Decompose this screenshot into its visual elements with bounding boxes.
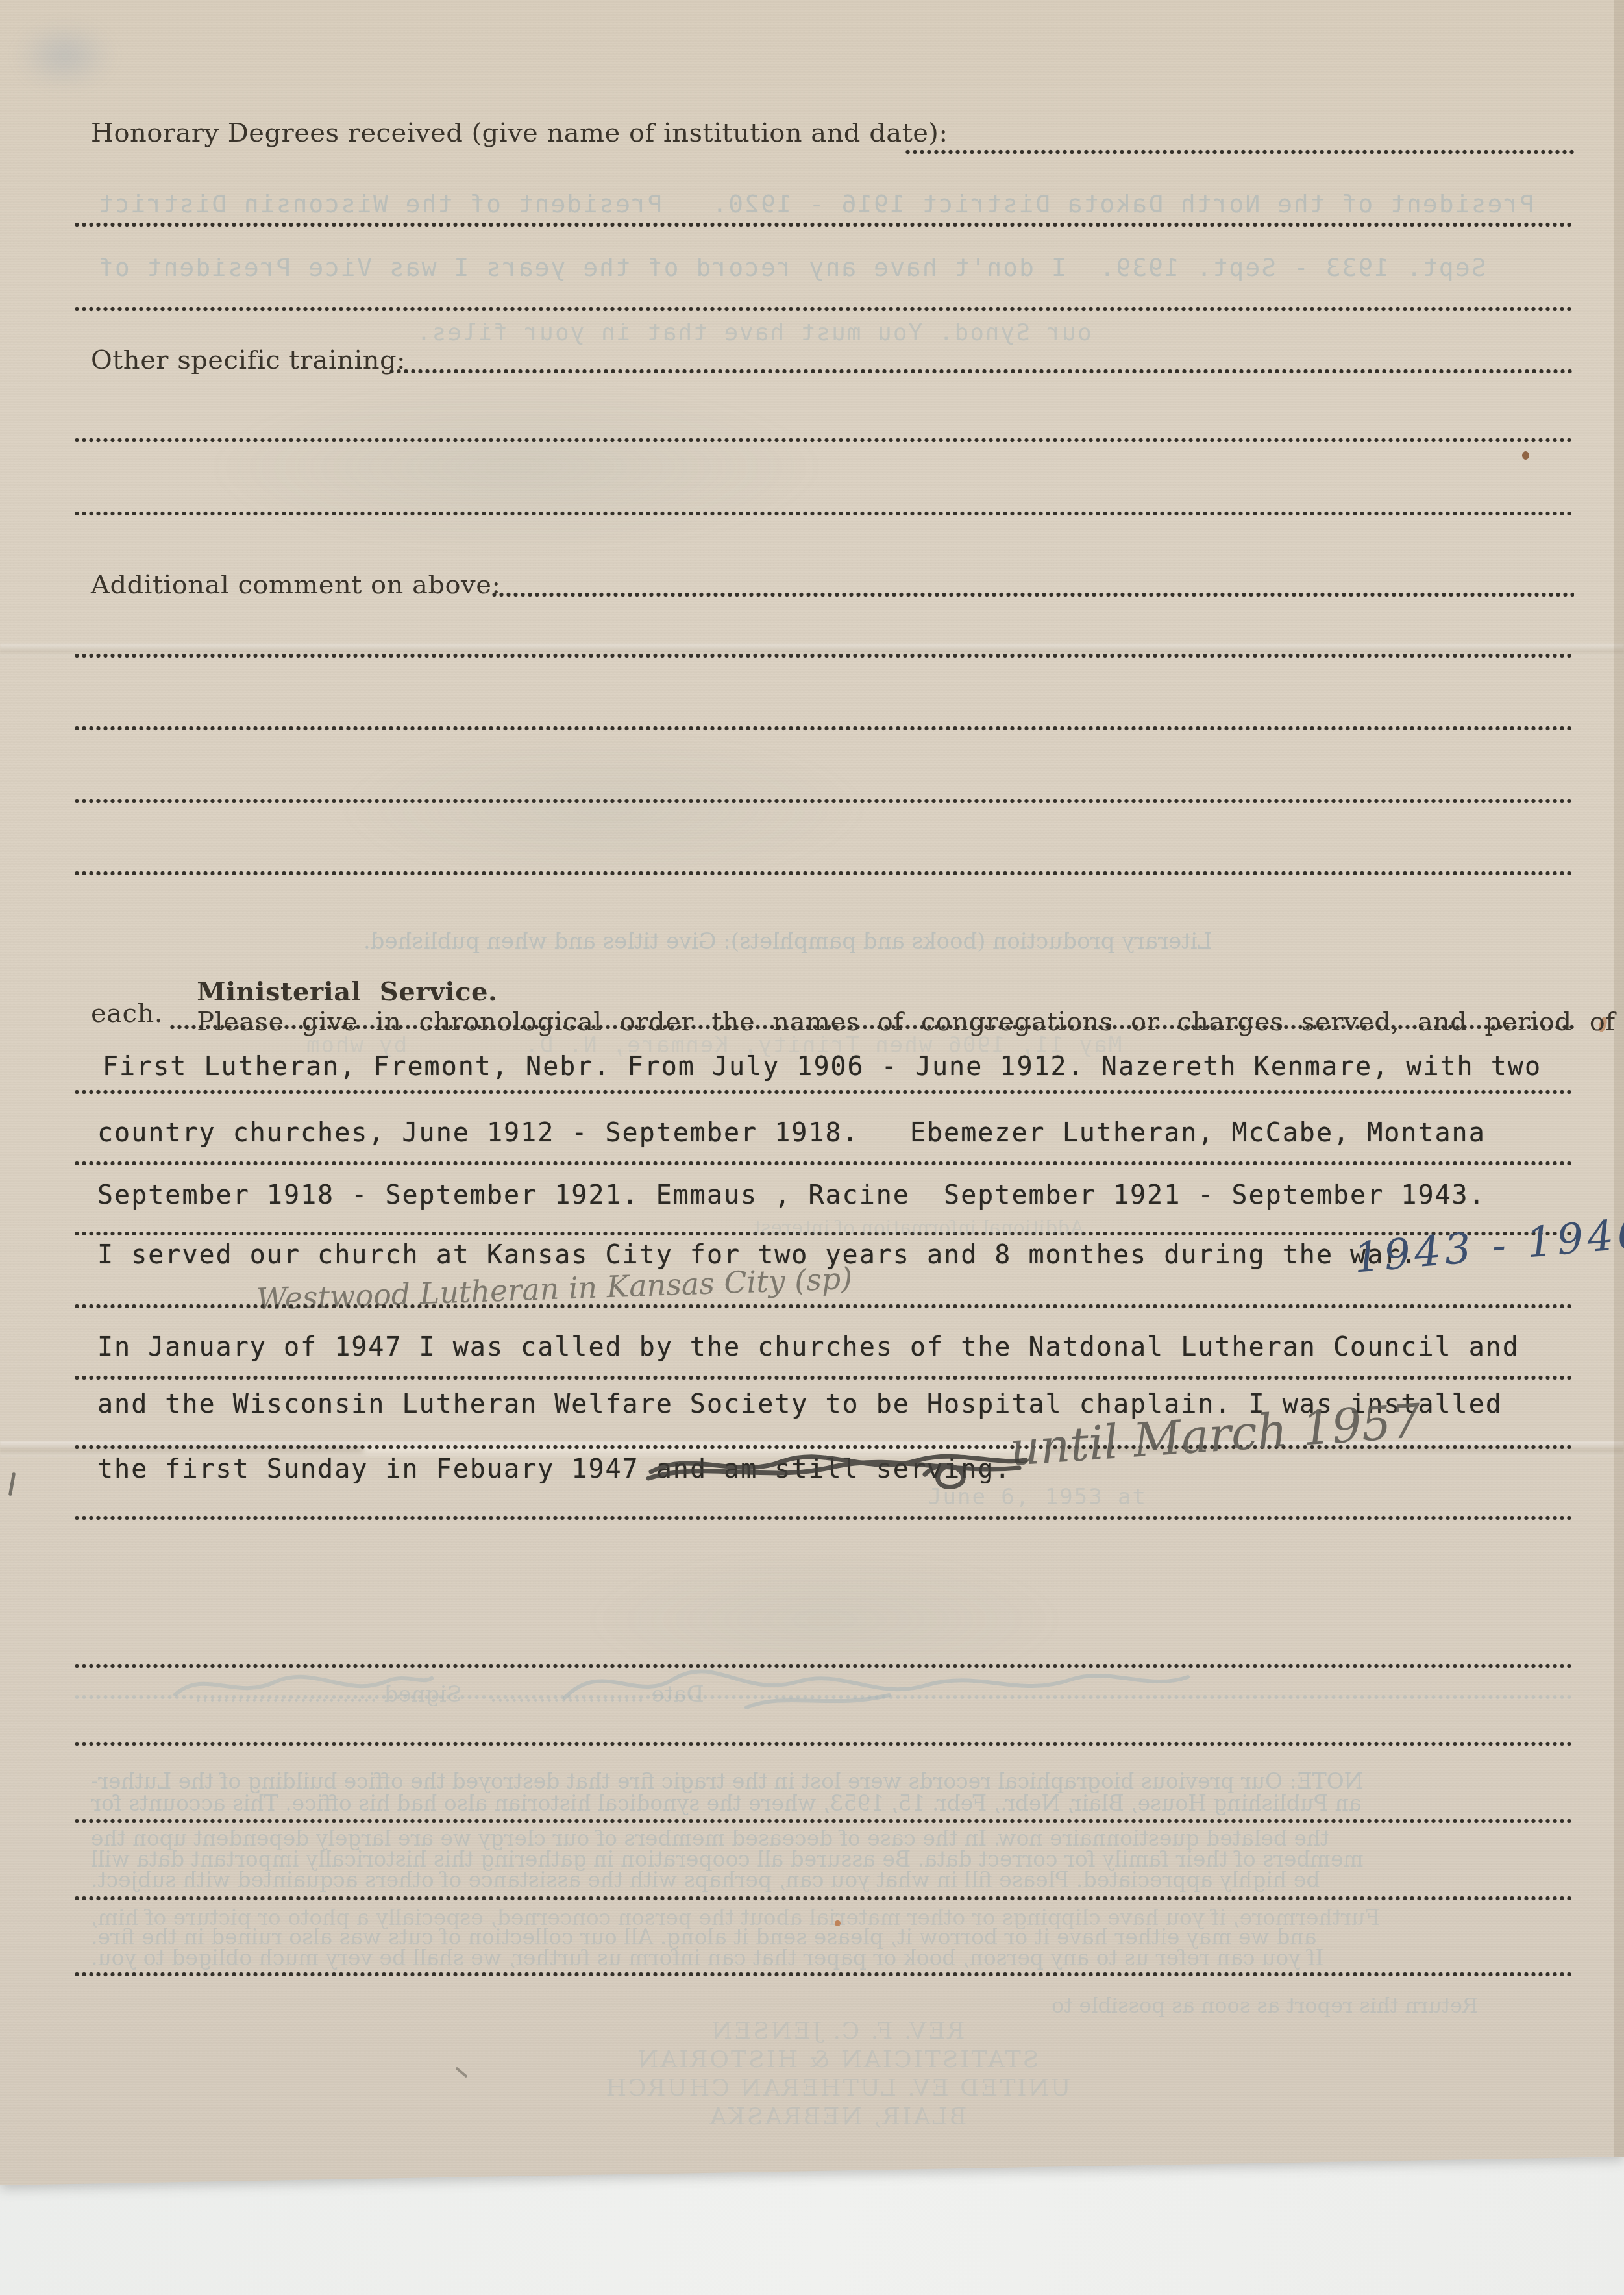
ghost-dotted-line bbox=[75, 1694, 1574, 1700]
ghost-bleedthrough-text: President of the North Dakota District 1… bbox=[97, 190, 1534, 218]
ghost-note-text: an Publishing House, Blair, Nebr., Febr.… bbox=[91, 1791, 1362, 1816]
dotted-line bbox=[75, 1089, 1574, 1095]
paper-sheet: Honorary Degrees received (give name of … bbox=[0, 0, 1624, 2188]
ghost-bleedthrough-text: Sept. 1933 - Sept. 1939. I don't have an… bbox=[97, 253, 1486, 282]
paper-smudge bbox=[338, 734, 870, 883]
blue-smudge bbox=[16, 23, 114, 88]
hair-speck bbox=[455, 2066, 467, 2078]
dotted-line bbox=[75, 1972, 1574, 1977]
dotted-line bbox=[75, 438, 1574, 443]
margin-pencil-mark bbox=[8, 1472, 16, 1496]
dotted-line bbox=[492, 592, 1574, 597]
ministerial-service-heading-bold: Ministerial Service. bbox=[197, 976, 497, 1007]
dotted-line bbox=[905, 149, 1574, 155]
dotted-line bbox=[75, 799, 1574, 804]
scanned-page: Honorary Degrees received (give name of … bbox=[0, 0, 1624, 2295]
dotted-line bbox=[75, 653, 1574, 658]
ghost-date-squiggle bbox=[166, 1659, 438, 1711]
other-training-label: Other specific training: bbox=[91, 345, 406, 375]
dotted-line bbox=[75, 1896, 1574, 1901]
dotted-line bbox=[75, 1161, 1574, 1166]
paper-smudge bbox=[208, 383, 824, 552]
dotted-line bbox=[75, 1741, 1574, 1746]
handwriting-war-years: 1943 - 1946 bbox=[1352, 1209, 1624, 1282]
ghost-address-line: UNITED EV. LUTHERAN CHURCH bbox=[578, 2075, 1097, 2102]
typed-service-line5: In January of 1947 I was called by the c… bbox=[97, 1332, 1519, 1362]
dotted-line bbox=[170, 1024, 1574, 1030]
dotted-line bbox=[389, 369, 1574, 374]
typed-service-line1: First Lutheran, Fremont, Nebr. From July… bbox=[103, 1052, 1542, 1082]
ministerial-service-instructions-cont: each. bbox=[91, 999, 163, 1028]
ghost-note-text: If you can refer us to any person, book … bbox=[91, 1945, 1324, 1970]
paper-right-edge-shade bbox=[1614, 0, 1624, 2168]
ghost-address-line: REV. F. C. JENSEN bbox=[578, 2018, 1097, 2044]
ghost-note-text: be highly appreciated. Please fill in wh… bbox=[91, 1867, 1320, 1892]
ghost-return-line: Return this report as soon as possible t… bbox=[1052, 1993, 1478, 2018]
ghost-signature-squiggle bbox=[552, 1652, 1201, 1717]
dotted-line bbox=[75, 222, 1574, 227]
ghost-bleedthrough-text: our Synod. You must have that in your fi… bbox=[415, 319, 1092, 346]
ghost-offset-print-text: June 6, 1953 at bbox=[928, 1484, 1147, 1510]
honorary-degrees-label: Honorary Degrees received (give name of … bbox=[91, 118, 948, 148]
ghost-address-line: BLAIR, NEBRASKA bbox=[578, 2103, 1097, 2130]
typed-service-line3: September 1918 - September 1921. Emmaus … bbox=[97, 1180, 1486, 1210]
additional-comment-label: Additional comment on above: bbox=[91, 570, 500, 600]
dotted-line bbox=[75, 1375, 1574, 1380]
dotted-line bbox=[75, 306, 1574, 312]
dotted-line bbox=[75, 726, 1574, 731]
dotted-line bbox=[75, 1515, 1574, 1520]
ghost-address-line: STATISTICIAN & HISTORIAN bbox=[578, 2046, 1097, 2073]
typed-service-line7-prefix: the first Sunday in Febuary 1947 bbox=[97, 1454, 656, 1484]
typed-service-line2: country churches, June 1912 - September … bbox=[97, 1118, 1486, 1148]
stain-speck bbox=[1522, 451, 1529, 460]
dotted-line bbox=[75, 1304, 1574, 1309]
dotted-line bbox=[75, 511, 1574, 516]
dotted-line bbox=[75, 871, 1574, 876]
ghost-bleedthrough-text: Additional information of interest bbox=[753, 1217, 1084, 1239]
dotted-line bbox=[75, 1818, 1574, 1824]
